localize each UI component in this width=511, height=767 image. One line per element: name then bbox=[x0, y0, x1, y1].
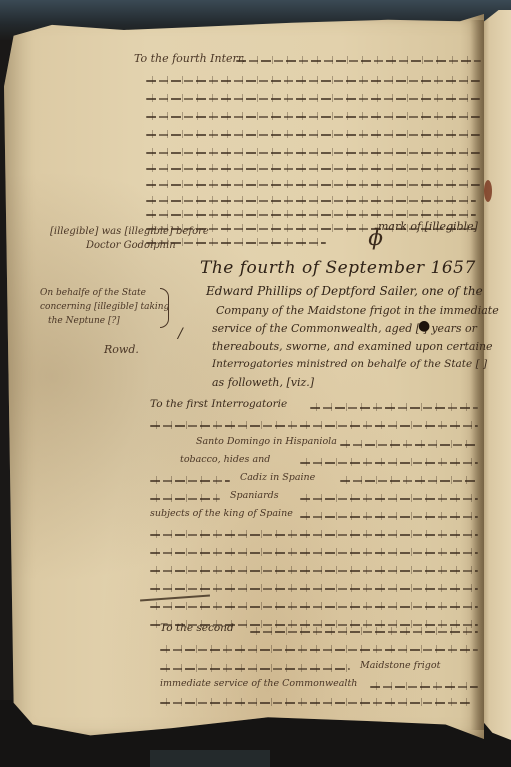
handwriting-line bbox=[150, 425, 478, 427]
answer-first-fragment-4: Spaniards bbox=[230, 490, 279, 501]
deponent-line-6: as followeth, [viz.] bbox=[212, 376, 314, 389]
left-note-line-2: Doctor Godolphin bbox=[86, 240, 176, 251]
deponent-tick: / bbox=[178, 326, 183, 342]
handwriting-line bbox=[150, 498, 220, 500]
left-note-line-1: [illegible] was [illegible] before bbox=[50, 226, 209, 237]
answer-first-fragment-2: tobacco, hides and bbox=[180, 454, 270, 465]
deponent-line-2: Company of the Maidstone frigot in the i… bbox=[216, 304, 499, 317]
handwriting-line bbox=[146, 184, 480, 186]
deponent-line-3: service of the Commonwealth, aged [ ] ye… bbox=[212, 322, 477, 335]
handwriting-line bbox=[146, 152, 480, 154]
handwriting-line bbox=[370, 686, 478, 688]
handwriting-line bbox=[150, 552, 478, 554]
margin-bracket bbox=[160, 288, 169, 328]
handwriting-line bbox=[146, 214, 476, 216]
cloth-fragment bbox=[150, 750, 270, 767]
handwriting-line bbox=[250, 631, 478, 633]
margin-note-line-2: concerning [illegible] taking bbox=[40, 302, 169, 312]
handwriting-line bbox=[300, 516, 478, 518]
deponent-line-5: Interrogatories ministred on behalfe of … bbox=[212, 358, 487, 370]
handwriting-line bbox=[146, 80, 480, 82]
handwriting-line bbox=[300, 498, 478, 500]
handwriting-line bbox=[150, 534, 478, 536]
answer-second-opening: To the second bbox=[160, 622, 234, 634]
handwriting-line bbox=[146, 168, 480, 170]
handwriting-line bbox=[160, 668, 350, 670]
handwriting-line bbox=[150, 606, 478, 608]
handwriting-line bbox=[146, 134, 480, 136]
handwriting-line bbox=[310, 407, 478, 409]
answer-first-fragment-3: Cadiz in Spaine bbox=[240, 472, 315, 483]
next-page-edge bbox=[480, 10, 511, 740]
answer-second-fragment-1: Maidstone frigot bbox=[360, 660, 440, 671]
handwriting-line bbox=[146, 98, 480, 100]
handwriting-line bbox=[146, 200, 476, 202]
signature-mark-icon: ɸ bbox=[368, 226, 383, 251]
handwriting-line bbox=[150, 588, 478, 590]
date-heading: The fourth of September 1657 bbox=[200, 258, 476, 278]
answer-first-fragment-1: Santo Domingo in Hispaniola bbox=[196, 436, 337, 447]
answer-second-fragment-2: immediate service of the Commonwealth bbox=[160, 678, 357, 689]
deponent-line-1: Edward Phillips of Deptford Sailer, one … bbox=[206, 284, 483, 298]
handwriting-line bbox=[300, 462, 478, 464]
handwriting-line bbox=[160, 702, 470, 704]
handwriting-line bbox=[160, 649, 478, 651]
ink-stain bbox=[484, 180, 492, 202]
handwriting-line bbox=[340, 444, 478, 446]
handwriting-line bbox=[236, 60, 481, 62]
signature: mark of [illegible] bbox=[378, 220, 478, 233]
handwriting-line bbox=[146, 116, 480, 118]
ink-blot: ● bbox=[418, 318, 430, 334]
deponent-line-4: thereabouts, sworne, and examined upon c… bbox=[212, 340, 493, 353]
margin-note-line-4: Rowd. bbox=[104, 343, 139, 356]
handwriting-line bbox=[150, 570, 478, 572]
top-answer-opening: To the fourth Interr. bbox=[134, 52, 245, 65]
margin-note-line-3: the Neptune [?] bbox=[48, 316, 120, 326]
answer-first-fragment-5: subjects of the king of Spaine bbox=[150, 508, 293, 519]
handwriting-line bbox=[150, 480, 230, 482]
margin-note-line-1: On behalfe of the State bbox=[40, 288, 146, 298]
handwriting-line bbox=[340, 480, 478, 482]
answer-first-opening: To the first Interrogatorie bbox=[150, 398, 287, 410]
